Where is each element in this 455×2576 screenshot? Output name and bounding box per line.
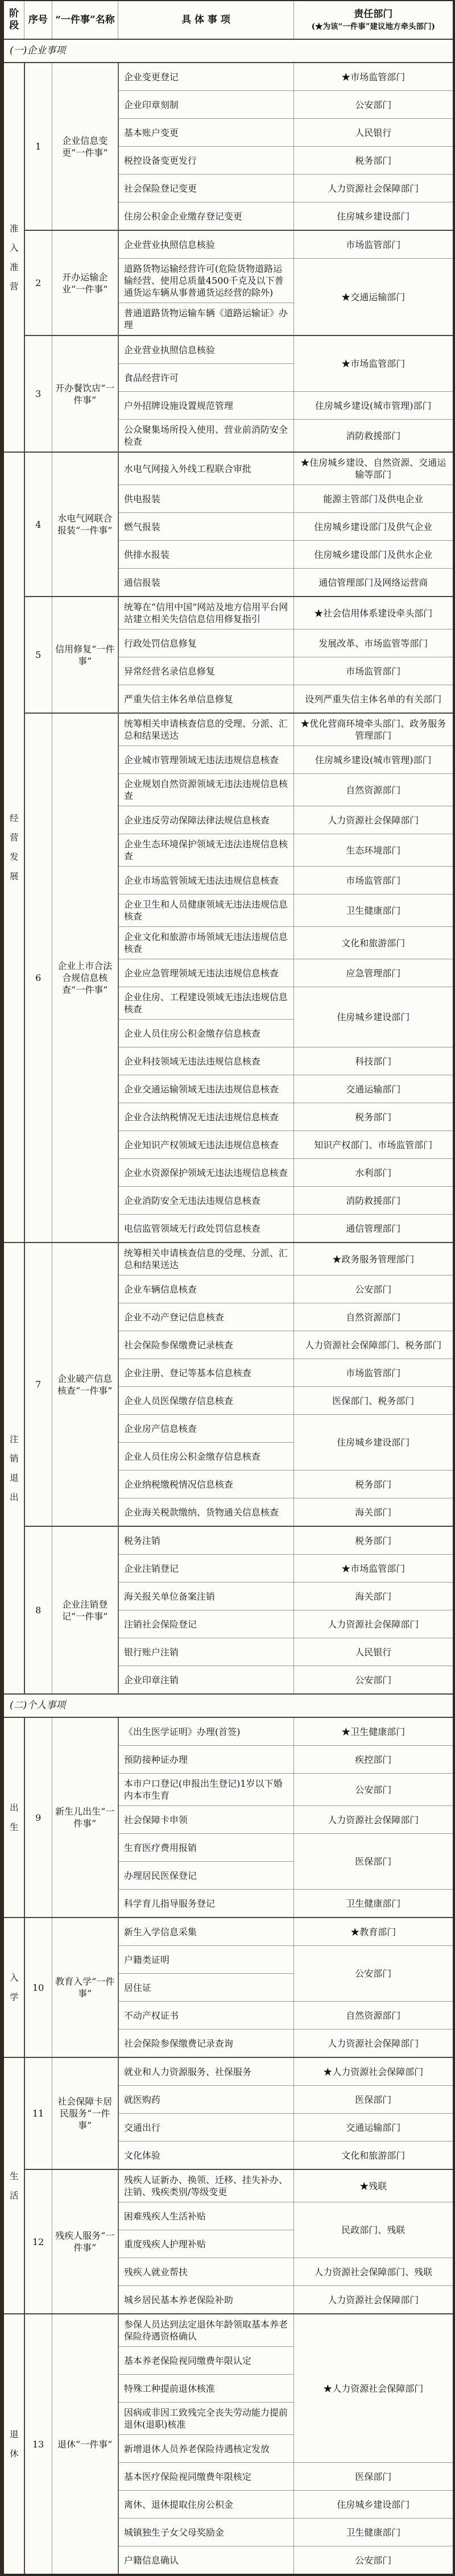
- responsible-department: ★卫生健康部门: [293, 1717, 454, 1746]
- col-header-dept-note: (★为该“一件事”建议地方牵头部门): [295, 22, 452, 32]
- task-item: 新生入学信息采集: [118, 1917, 293, 1946]
- task-item: 企业水资源保护领域无违法违规信息核查: [118, 1159, 293, 1187]
- section-row: (一)企业事项: [2, 39, 454, 63]
- responsible-department: 市场监管部门: [293, 657, 454, 685]
- group-name: 教育入学“一件事”: [52, 1917, 118, 2057]
- responsible-department: 公安部门: [293, 1774, 454, 1806]
- responsible-department: 海关部门: [293, 1583, 454, 1610]
- task-item: 户籍信息确认: [118, 2546, 293, 2575]
- table-row: 退休13退休“一件事”参保人员达到法定退休年龄领取基本养老保险待遇资格确认★人力…: [2, 2314, 454, 2347]
- table-body: (一)企业事项准入准营1企业信息变更“一件事”企业变更登记★市场监管部门企业印章…: [2, 39, 454, 2575]
- task-item: 参保人员达到法定退休年龄领取基本养老保险待遇资格确认: [118, 2314, 293, 2347]
- responsible-department: 人力资源社会保障部门: [293, 2286, 454, 2314]
- group-serial-number: 3: [24, 336, 52, 452]
- task-item: 企业营业执照信息核验: [118, 336, 293, 364]
- responsible-department: 能源主管部门及供电企业: [293, 485, 454, 513]
- responsible-department: 疾控部门: [293, 1746, 454, 1774]
- group-name: 退休“一件事”: [52, 2314, 118, 2575]
- responsible-department: ★市场监管部门: [293, 1555, 454, 1583]
- responsible-department: ★残联: [293, 2169, 454, 2202]
- task-item: 行政处罚信息修复: [118, 629, 293, 657]
- task-item: 企业消防安全无违法违规信息核查: [118, 1187, 293, 1215]
- responsible-department: ★住房城乡建设、自然资源、交通运输等部门: [293, 452, 454, 485]
- task-item: 统筹相关申请核查信息的受理、分派、汇总和结果送达: [118, 713, 293, 746]
- col-header-no: 序号: [24, 1, 52, 39]
- stage-label: 生活: [2, 2057, 24, 2314]
- task-item: 水电气网接入外线工程联合审批: [118, 452, 293, 485]
- responsible-department: 市场监管部门: [293, 867, 454, 894]
- task-item: 通信报装: [118, 569, 293, 597]
- responsible-department: 市场监管部门: [293, 230, 454, 259]
- responsible-department: 医保部门: [293, 2463, 454, 2491]
- task-item: 税控设备变更发行: [118, 147, 293, 175]
- section-row: (二)个人事项: [2, 1694, 454, 1717]
- task-item: 企业注销登记: [118, 1555, 293, 1583]
- responsible-department: 海关部门: [293, 1498, 454, 1527]
- table-row: 出生9新生儿出生“一件事”《出生医学证明》办理(首签)★卫生健康部门: [2, 1717, 454, 1746]
- task-item: 因病或非因工致残完全丧失劳动能力提前退休(退职)核准: [118, 2403, 293, 2435]
- task-item: 本市户口登记(申报出生登记)1岁以下婚内本市生育: [118, 1774, 293, 1806]
- section-title: (一)企业事项: [2, 39, 454, 63]
- table-row: 5信用修复“一件事”统筹在“信用中国”网站及地方信用平台网站建立相关失信信息信用…: [2, 597, 454, 629]
- responsible-department: 医保部门: [293, 1834, 454, 1890]
- task-item: 企业营业执照信息核验: [118, 230, 293, 259]
- group-serial-number: 10: [24, 1917, 52, 2057]
- group-serial-number: 7: [24, 1243, 52, 1526]
- task-item: 企业科技领域无违法违规信息核查: [118, 1047, 293, 1075]
- task-item: 企业不动产登记信息核查: [118, 1303, 293, 1331]
- task-item: 科学育儿指导服务登记: [118, 1890, 293, 1918]
- one-thing-responsibility-table: 阶段 序号 “一件事”名称 具 体 事 项 责任部门 (★为该“一件事”建议地方…: [0, 0, 455, 2576]
- responsible-department: 税务部门: [293, 1103, 454, 1131]
- stage-label: 经营发展: [2, 452, 24, 1243]
- task-item: 道路货物运输经营许可(危险货物道路运输经营、使用总质量4500千克及以下普通货运…: [118, 259, 293, 303]
- responsible-department: 人民银行: [293, 119, 454, 147]
- responsible-department: 卫生健康部门: [293, 2519, 454, 2546]
- task-item: 海关报关单位备案注销: [118, 1583, 293, 1610]
- task-item: 电信监管领域无行政处罚信息核查: [118, 1215, 293, 1243]
- task-item: 统筹在“信用中国”网站及地方信用平台网站建立相关失信信息信用修复指引: [118, 597, 293, 629]
- responsible-department: 消防救援部门: [293, 1187, 454, 1215]
- responsible-department: 住房城乡建设(城市管理)部门: [293, 746, 454, 774]
- responsible-department: 公安部门: [293, 1946, 454, 2002]
- responsible-department: 人力资源社会保障部门: [293, 2030, 454, 2058]
- task-item: 离休、退休提取住房公积金: [118, 2491, 293, 2519]
- group-name: 残疾人服务“一件事”: [52, 2169, 118, 2314]
- responsible-department: 文化和旅游部门: [293, 2142, 454, 2170]
- table-row: 12残疾人服务“一件事”残疾人证新办、换领、迁移、挂失补办、注销、残疾类别/等级…: [2, 2169, 454, 2202]
- responsible-department: 卫生健康部门: [293, 894, 454, 927]
- header-row: 阶段 序号 “一件事”名称 具 体 事 项 责任部门 (★为该“一件事”建议地方…: [2, 1, 454, 39]
- table-row: 8企业注销登记“一件事”税务注销税务部门: [2, 1526, 454, 1555]
- responsible-department: 税务部门: [293, 1526, 454, 1555]
- task-item: 基本账户变更: [118, 119, 293, 147]
- task-item: 企业房产信息核查: [118, 1415, 293, 1443]
- responsible-department: 人力资源社会保障部门: [293, 1806, 454, 1834]
- task-item: 企业市场监管领域无违法违规信息核查: [118, 867, 293, 894]
- group-serial-number: 6: [24, 713, 52, 1243]
- stage-label: 出生: [2, 1717, 24, 1917]
- responsible-department: 交通运输部门: [293, 1075, 454, 1103]
- group-serial-number: 1: [24, 63, 52, 230]
- task-item: 企业印章刻制: [118, 91, 293, 119]
- responsible-department: 税务部门: [293, 147, 454, 175]
- task-item: 企业人员医保缴存信息核查: [118, 1387, 293, 1415]
- col-header-task: 具 体 事 项: [118, 1, 293, 39]
- responsible-department: 公安部门: [293, 1275, 454, 1303]
- task-item: 食品经营许可: [118, 364, 293, 392]
- responsible-department: 税务部门: [293, 1471, 454, 1498]
- responsible-department: 人力资源社会保障部门、税务部门: [293, 1331, 454, 1359]
- group-name: 开办运输企业“一件事”: [52, 230, 118, 336]
- task-item: 企业注册、登记等基本信息核查: [118, 1359, 293, 1387]
- responsible-department: 应急管理部门: [293, 959, 454, 987]
- stage-label: 注销退出: [2, 1243, 24, 1694]
- task-item: 就业和人力资源服务、社保服务: [118, 2057, 293, 2086]
- responsible-department: 知识产权部门、市场监管部门: [293, 1131, 454, 1159]
- task-item: 住房公积金企业缴存登记变更: [118, 202, 293, 231]
- table-row: 经营发展4水电气网联合报装“一件事”水电气网接入外线工程联合审批★住房城乡建设、…: [2, 452, 454, 485]
- responsible-department: 住房城乡建设部门: [293, 987, 454, 1047]
- responsible-department: 生态环境部门: [293, 834, 454, 867]
- task-item: 就医购药: [118, 2086, 293, 2114]
- responsible-department: 人力资源社会保障部门: [293, 175, 454, 202]
- responsible-department: 人力资源社会保障部门、残联: [293, 2258, 454, 2286]
- task-item: 企业卫生和人员健康领域无违法违规信息核查: [118, 894, 293, 927]
- responsible-department: 卫生健康部门: [293, 1890, 454, 1918]
- group-serial-number: 11: [24, 2057, 52, 2169]
- group-name: 企业信息变更“一件事”: [52, 63, 118, 230]
- task-item: 企业变更登记: [118, 63, 293, 91]
- stage-label: 准入准营: [2, 63, 24, 452]
- responsible-department: 水利部门: [293, 1159, 454, 1187]
- task-item: 残疾人证新办、换领、迁移、挂失补办、注销、残疾类别/等级变更: [118, 2169, 293, 2202]
- group-serial-number: 2: [24, 230, 52, 336]
- task-item: 不动产权证书: [118, 2002, 293, 2030]
- task-item: 企业知识产权领域无违法违规信息核查: [118, 1131, 293, 1159]
- task-item: 城镇独生子女父母奖励金: [118, 2519, 293, 2546]
- responsible-department: 住房城乡建设(城市管理)部门: [293, 392, 454, 420]
- task-item: 企业交通运输领域无违法违规信息核查: [118, 1075, 293, 1103]
- task-item: 《出生医学证明》办理(首签): [118, 1717, 293, 1746]
- task-item: 公众聚集场所投入使用、营业前消防安全检查: [118, 420, 293, 453]
- task-item: 新增退休人员养老保险待遇核定发放: [118, 2435, 293, 2463]
- responsible-department: 人力资源社会保障部门: [293, 806, 454, 834]
- stage-label: 退休: [2, 2314, 24, 2575]
- task-item: 供电报装: [118, 485, 293, 513]
- task-item: 居住证: [118, 1974, 293, 2002]
- task-item: 特殊工种提前退休核准: [118, 2375, 293, 2403]
- responsible-department: 住房城乡建设部门及供水企业: [293, 541, 454, 569]
- responsible-department: 公安部门: [293, 2546, 454, 2575]
- responsible-department: 文化和旅游部门: [293, 927, 454, 959]
- group-serial-number: 5: [24, 597, 52, 713]
- section-title: (二)个人事项: [2, 1694, 454, 1717]
- responsible-department: ★市场监管部门: [293, 336, 454, 392]
- responsible-department: 自然资源部门: [293, 774, 454, 806]
- task-item: 企业合法纳税情况无违法违规信息核查: [118, 1103, 293, 1131]
- group-serial-number: 9: [24, 1717, 52, 1917]
- responsible-department: 公安部门: [293, 1666, 454, 1695]
- task-item: 银行账户注销: [118, 1638, 293, 1666]
- task-item: 企业人员住房公积金缴存信息核查: [118, 1443, 293, 1471]
- task-item: 社会保险参保缴费记录查询: [118, 2030, 293, 2058]
- task-item: 社会保险参保缴费记录核查: [118, 1331, 293, 1359]
- task-item: 困难残疾人生活补贴: [118, 2202, 293, 2230]
- task-item: 企业纳税缴税情况信息核查: [118, 1471, 293, 1498]
- responsible-department: 住房城乡建设部门及供气企业: [293, 513, 454, 541]
- responsible-department: 发展改革、市场监管等部门: [293, 629, 454, 657]
- task-item: 注销社会保险登记: [118, 1610, 293, 1638]
- task-item: 企业车辆信息核查: [118, 1275, 293, 1303]
- responsible-department: 住房城乡建设部门: [293, 202, 454, 231]
- responsible-department: ★交通运输部门: [293, 259, 454, 336]
- col-header-dept-title: 责任部门: [354, 9, 392, 20]
- task-item: 社会保障卡申领: [118, 1806, 293, 1834]
- task-item: 办理居民医保登记: [118, 1862, 293, 1890]
- responsible-department: ★教育部门: [293, 1917, 454, 1946]
- responsible-department: ★优化营商环境牵头部门、政务服务管理部门: [293, 713, 454, 746]
- responsible-department: ★社会信用体系建设牵头部门: [293, 597, 454, 629]
- col-header-name: “一件事”名称: [52, 1, 118, 39]
- task-item: 城乡居民基本养老保险补助: [118, 2286, 293, 2314]
- task-item: 企业人员住房公积金缴存信息核查: [118, 1020, 293, 1047]
- table-row: 注销退出7企业破产信息核查“一件事”统筹相关申请核查信息的受理、分派、汇总和结果…: [2, 1243, 454, 1275]
- task-item: 户籍类证明: [118, 1946, 293, 1974]
- task-item: 企业海关税款缴纳、货物通关信息核查: [118, 1498, 293, 1527]
- responsible-department: 公安部门: [293, 91, 454, 119]
- group-name: 信用修复“一件事”: [52, 597, 118, 713]
- responsible-department: 科技部门: [293, 1047, 454, 1075]
- responsible-department: 自然资源部门: [293, 2002, 454, 2030]
- group-name: 企业上市合法合规信息核查“一件事”: [52, 713, 118, 1243]
- task-item: 严重失信主体名单信息修复: [118, 685, 293, 714]
- task-item: 税务注销: [118, 1526, 293, 1555]
- table-row: 2开办运输企业“一件事”企业营业执照信息核验市场监管部门: [2, 230, 454, 259]
- group-name: 水电气网联合报装“一件事”: [52, 452, 118, 597]
- task-item: 预防接种证办理: [118, 1746, 293, 1774]
- responsible-department: 医保部门、税务部门: [293, 1387, 454, 1415]
- task-item: 交通出行: [118, 2114, 293, 2142]
- responsible-department: 消防救援部门: [293, 420, 454, 453]
- responsible-department: 设列严重失信主体名单的有关部门: [293, 685, 454, 714]
- task-item: 重度残疾人护理补贴: [118, 2230, 293, 2258]
- task-item: 残疾人就业帮扶: [118, 2258, 293, 2286]
- table-row: 6企业上市合法合规信息核查“一件事”统筹相关申请核查信息的受理、分派、汇总和结果…: [2, 713, 454, 746]
- responsible-department: 通信管理部门: [293, 1215, 454, 1243]
- group-serial-number: 13: [24, 2314, 52, 2575]
- task-item: 企业生态环境保护领域无违法违规信息核查: [118, 834, 293, 867]
- responsible-department: ★政务服务管理部门: [293, 1243, 454, 1275]
- col-header-stage: 阶段: [2, 1, 24, 39]
- task-item: 企业规划自然资源领域无违法违规信息核查: [118, 774, 293, 806]
- task-item: 统筹相关申请核查信息的受理、分派、汇总和结果送达: [118, 1243, 293, 1275]
- table-row: 准入准营1企业信息变更“一件事”企业变更登记★市场监管部门: [2, 63, 454, 91]
- task-item: 企业城市管理领域无违法违规信息核查: [118, 746, 293, 774]
- task-item: 户外招牌设施设置规范管理: [118, 392, 293, 420]
- task-item: 异常经营名录信息修复: [118, 657, 293, 685]
- table-row: 生活11社会保障卡居民服务“一件事”就业和人力资源服务、社保服务★人力资源社会保…: [2, 2057, 454, 2086]
- table-row: 入学10教育入学“一件事”新生入学信息采集★教育部门: [2, 1917, 454, 1946]
- responsible-department: 住房城乡建设部门: [293, 2491, 454, 2519]
- task-item: 企业文化和旅游市场领域无违法违规信息核查: [118, 927, 293, 959]
- task-item: 基本养老保险视同缴费年限认定: [118, 2347, 293, 2375]
- task-item: 基本医疗保险视同缴费年限核定: [118, 2463, 293, 2491]
- col-header-dept: 责任部门 (★为该“一件事”建议地方牵头部门): [293, 1, 454, 39]
- responsible-department: 民政部门、残联: [293, 2202, 454, 2258]
- task-item: 生育医疗费用报销: [118, 1834, 293, 1862]
- task-item: 企业违反劳动保障法律法规信息核查: [118, 806, 293, 834]
- group-serial-number: 4: [24, 452, 52, 597]
- group-name: 企业注销登记“一件事”: [52, 1526, 118, 1694]
- task-item: 社会保险登记变更: [118, 175, 293, 202]
- group-serial-number: 8: [24, 1526, 52, 1694]
- group-serial-number: 12: [24, 2169, 52, 2314]
- task-item: 企业住房、工程建设领域无违法违规信息核查: [118, 987, 293, 1020]
- responsible-department: 交通运输部门: [293, 2114, 454, 2142]
- responsible-department: 自然资源部门: [293, 1303, 454, 1331]
- group-name: 新生儿出生“一件事”: [52, 1717, 118, 1917]
- group-name: 社会保障卡居民服务“一件事”: [52, 2057, 118, 2169]
- responsible-department: 人民银行: [293, 1638, 454, 1666]
- task-item: 企业印章注销: [118, 1666, 293, 1695]
- table-header: 阶段 序号 “一件事”名称 具 体 事 项 责任部门 (★为该“一件事”建议地方…: [2, 1, 454, 39]
- responsible-department: ★人力资源社会保障部门: [293, 2314, 454, 2463]
- responsible-department: 医保部门: [293, 2086, 454, 2114]
- task-item: 普通道路货物运输车辆《道路运输证》办理: [118, 303, 293, 336]
- responsible-department: ★市场监管部门: [293, 63, 454, 91]
- responsible-department: 市场监管部门: [293, 1359, 454, 1387]
- task-item: 文化体验: [118, 2142, 293, 2170]
- stage-label: 入学: [2, 1917, 24, 2057]
- group-name: 开办餐饮店“一件事”: [52, 336, 118, 452]
- responsible-department: 住房城乡建设部门: [293, 1415, 454, 1471]
- scanned-document-page: 阶段 序号 “一件事”名称 具 体 事 项 责任部门 (★为该“一件事”建议地方…: [0, 0, 455, 2576]
- responsible-department: 通信管理部门及网络运营商: [293, 569, 454, 597]
- table-row: 3开办餐饮店“一件事”企业营业执照信息核验★市场监管部门: [2, 336, 454, 364]
- task-item: 供排水报装: [118, 541, 293, 569]
- group-name: 企业破产信息核查“一件事”: [52, 1243, 118, 1526]
- task-item: 燃气报装: [118, 513, 293, 541]
- responsible-department: ★人力资源社会保障部门: [293, 2057, 454, 2086]
- task-item: 企业应急管理领域无违法违规信息核查: [118, 959, 293, 987]
- responsible-department: 人力资源社会保障部门: [293, 1610, 454, 1638]
